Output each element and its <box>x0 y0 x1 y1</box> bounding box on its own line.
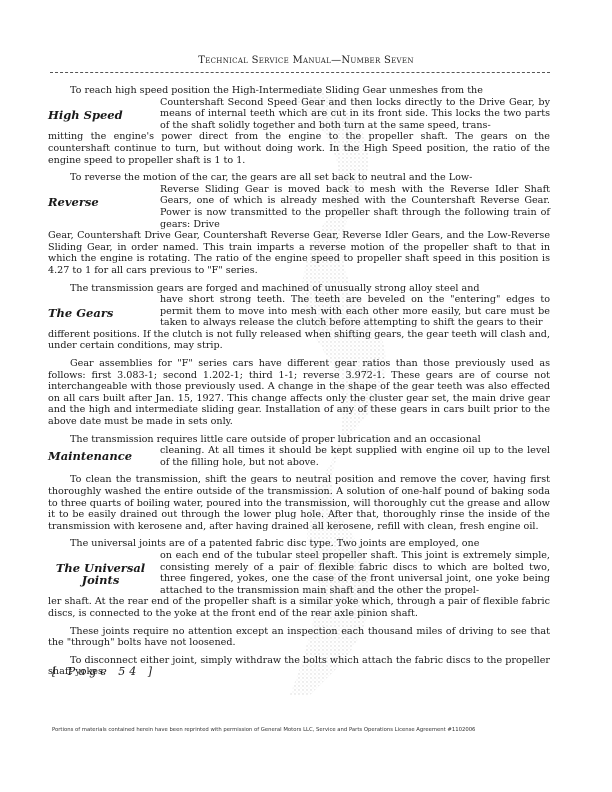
section-reverse: To reverse the motion of the car, the ge… <box>48 172 550 276</box>
side-heading-line: Joints <box>48 574 153 586</box>
section-body: have short strong teeth. The teeth are b… <box>160 294 550 329</box>
section-tail: Gear, Countershaft Drive Gear, Countersh… <box>48 230 550 276</box>
section-high-speed: To reach high speed position the High-In… <box>48 85 550 166</box>
paragraph-gear-assemblies: Gear assemblies for "F" series cars have… <box>48 358 550 428</box>
side-heading-universal-joints: The Universal Joints <box>48 562 153 586</box>
section-lead: To reverse the motion of the car, the ge… <box>48 172 550 184</box>
section-the-gears: The transmission gears are forged and ma… <box>48 283 550 353</box>
document-body: To reach high speed position the High-In… <box>48 85 550 684</box>
header-rule <box>50 72 550 73</box>
side-heading-the-gears: The Gears <box>48 307 153 319</box>
page-number: [ Page 54 ] <box>52 665 156 678</box>
section-lead: The universal joints are of a patented f… <box>48 538 550 550</box>
section-lead: The transmission requires little care ou… <box>48 434 550 446</box>
section-lead: To reach high speed position the High-In… <box>48 85 550 97</box>
section-lead: The transmission gears are forged and ma… <box>48 283 550 295</box>
section-body: cleaning. At all times it should be kept… <box>160 445 550 468</box>
section-maintenance: The transmission requires little care ou… <box>48 434 550 469</box>
section-body: Reverse Sliding Gear is moved back to me… <box>160 184 550 230</box>
side-heading-reverse: Reverse <box>48 196 153 208</box>
section-tail: ler shaft. At the rear end of the propel… <box>48 596 550 619</box>
section-universal-joints: The universal joints are of a patented f… <box>48 538 550 619</box>
section-tail: mitting the engine's power direct from t… <box>48 131 550 166</box>
section-tail: different positions. If the clutch is no… <box>48 329 550 352</box>
page-header: Technical Service Manual—Number Seven <box>0 55 612 66</box>
side-heading-high-speed: High Speed <box>48 109 153 121</box>
paragraph-cleaning: To clean the transmission, shift the gea… <box>48 474 550 532</box>
side-heading-maintenance: Maintenance <box>48 450 153 462</box>
license-footer: Portions of materials contained herein h… <box>52 727 562 733</box>
section-body: Countershaft Second Speed Gear and then … <box>160 97 550 132</box>
paragraph-joints-attention: These joints require no attention except… <box>48 626 550 649</box>
section-body: on each end of the tubular steel propell… <box>160 550 550 596</box>
